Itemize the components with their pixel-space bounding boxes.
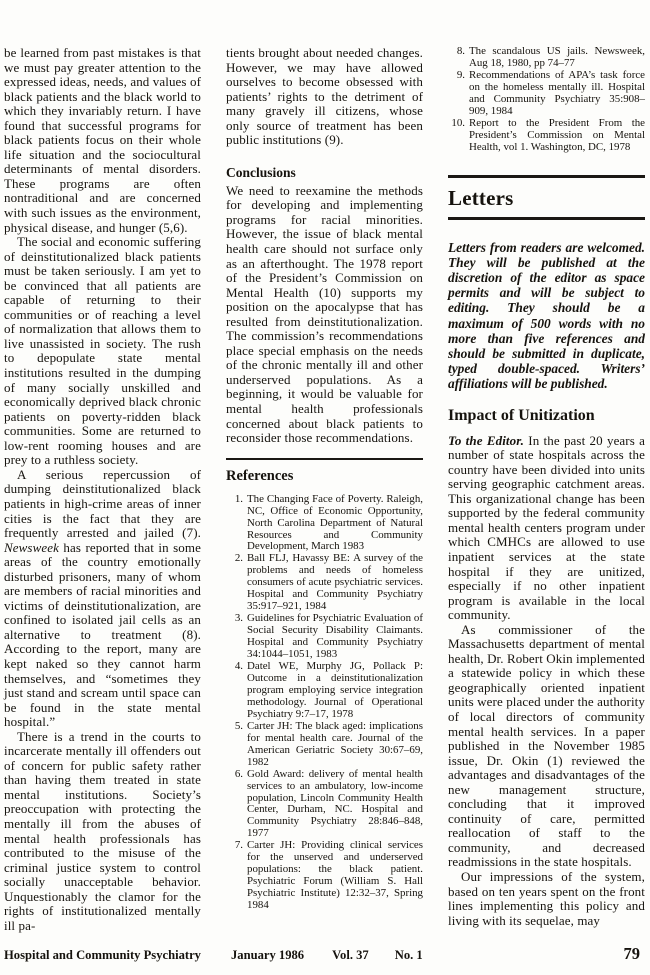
conclusions-heading: Conclusions xyxy=(226,165,423,180)
footer-page-number: 79 xyxy=(624,944,641,964)
reference-item: 2.Ball FLJ, Havassy BE: A survey of the … xyxy=(226,553,423,613)
reference-number: 4. xyxy=(226,661,247,721)
page-columns: be learned from past mistakes is that we… xyxy=(4,46,645,933)
letter-paragraph: Our impressions of the system, based on … xyxy=(448,870,645,928)
page-footer: Hospital and Community Psychiatry Januar… xyxy=(4,944,640,964)
journal-page: be learned from past mistakes is that we… xyxy=(0,0,650,975)
reference-text: The scandalous US jails. Newsweek, Aug 1… xyxy=(469,46,645,70)
reference-text: Recommendations of APA’s task force on t… xyxy=(469,70,645,118)
article-paragraph: The social and economic suffering of dei… xyxy=(4,235,201,468)
footer-issue-date: January 1986 xyxy=(231,948,304,963)
letters-section-heading: Letters xyxy=(448,187,645,209)
reference-number: 9. xyxy=(448,70,469,118)
letter-salutation: To the Editor. xyxy=(448,433,524,448)
letters-policy-note: Letters from readers are welcomed. They … xyxy=(448,240,645,392)
reference-list-continued: 8.The scandalous US jails. Newsweek, Aug… xyxy=(448,46,645,154)
column-1: be learned from past mistakes is that we… xyxy=(4,46,201,933)
reference-item: 9.Recommendations of APA’s task force on… xyxy=(448,70,645,118)
footer-volume: Vol. 37 xyxy=(332,948,369,963)
paragraph-text: In the past 20 years a number of state h… xyxy=(448,433,645,623)
reference-text: Ball FLJ, Havassy BE: A survey of the pr… xyxy=(247,553,423,613)
reference-number: 10. xyxy=(448,118,469,154)
paragraph-text: A serious repercussion of dumping deinst… xyxy=(4,467,201,540)
reference-item: 4.Datel WE, Murphy JG, Pollack P: Outcom… xyxy=(226,661,423,721)
paragraph-text: has reported that in some areas of the c… xyxy=(4,540,201,730)
reference-number: 1. xyxy=(226,494,247,554)
letters-rule-top xyxy=(448,175,645,178)
reference-item: 1.The Changing Face of Poverty. Raleigh,… xyxy=(226,494,423,554)
reference-text: Carter JH: Providing clinical services f… xyxy=(247,840,423,912)
footer-journal-title: Hospital and Community Psychiatry xyxy=(4,948,201,963)
letter-paragraph: As commissioner of the Massachusetts dep… xyxy=(448,623,645,870)
reference-item: 7.Carter JH: Providing clinical services… xyxy=(226,840,423,912)
reference-item: 10.Report to the President From the Pres… xyxy=(448,118,645,154)
reference-text: The Changing Face of Poverty. Raleigh, N… xyxy=(247,494,423,554)
reference-text: Datel WE, Murphy JG, Pollack P: Outcome … xyxy=(247,661,423,721)
letters-rule-bottom xyxy=(448,217,645,220)
newsweek-title: Newsweek xyxy=(4,540,59,555)
article-paragraph: There is a trend in the courts to incarc… xyxy=(4,730,201,934)
reference-item: 6.Gold Award: delivery of mental health … xyxy=(226,769,423,841)
column-3: 8.The scandalous US jails. Newsweek, Aug… xyxy=(448,46,645,933)
article-paragraph: We need to reexamine the methods for dev… xyxy=(226,184,423,446)
reference-text: Report to the President From the Preside… xyxy=(469,118,645,154)
reference-list: 1.The Changing Face of Poverty. Raleigh,… xyxy=(226,494,423,912)
reference-item: 3.Guidelines for Psychiatric Evaluation … xyxy=(226,613,423,661)
reference-number: 7. xyxy=(226,840,247,912)
reference-number: 8. xyxy=(448,46,469,70)
reference-text: Carter JH: The black aged: implications … xyxy=(247,721,423,769)
reference-number: 5. xyxy=(226,721,247,769)
article-paragraph: A serious repercussion of dumping deinst… xyxy=(4,468,201,730)
letter-paragraph: To the Editor. In the past 20 years a nu… xyxy=(448,434,645,623)
reference-item: 8.The scandalous US jails. Newsweek, Aug… xyxy=(448,46,645,70)
article-paragraph: tients brought about needed changes. How… xyxy=(226,46,423,148)
references-divider xyxy=(226,458,423,460)
letter-title: Impact of Unitization xyxy=(448,407,645,425)
references-heading: References xyxy=(226,468,423,484)
footer-issue-number: No. 1 xyxy=(395,948,423,963)
article-paragraph: be learned from past mistakes is that we… xyxy=(4,46,201,235)
reference-number: 6. xyxy=(226,769,247,841)
reference-text: Guidelines for Psychiatric Evaluation of… xyxy=(247,613,423,661)
reference-number: 2. xyxy=(226,553,247,613)
reference-item: 5.Carter JH: The black aged: implication… xyxy=(226,721,423,769)
column-2: tients brought about needed changes. How… xyxy=(226,46,423,933)
reference-number: 3. xyxy=(226,613,247,661)
reference-text: Gold Award: delivery of mental health se… xyxy=(247,769,423,841)
